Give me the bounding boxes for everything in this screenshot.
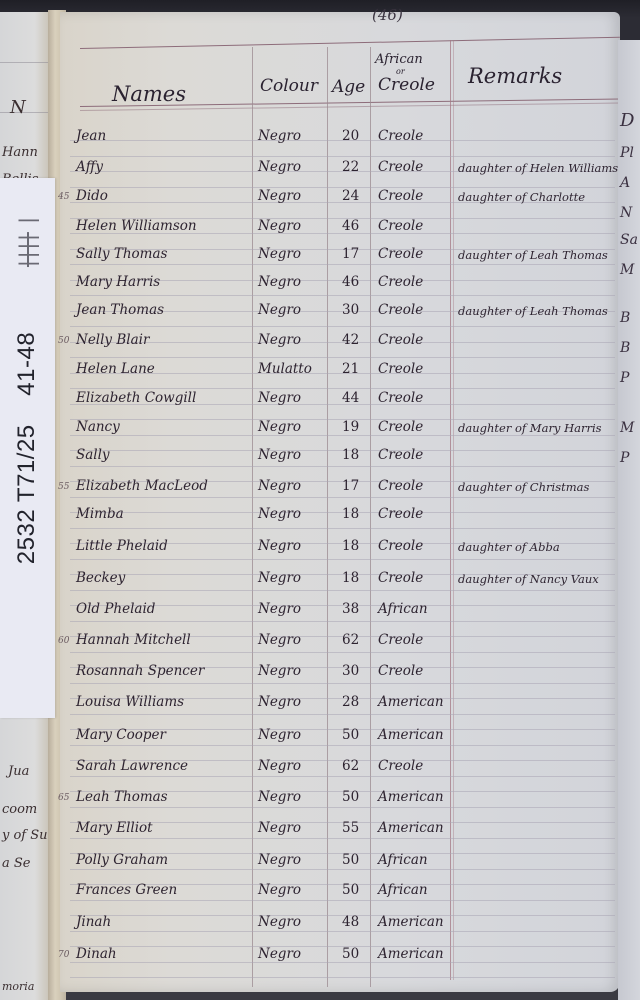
row-origin: African (378, 852, 428, 868)
header-names: Names (112, 82, 186, 106)
row-margin-number: 55 (58, 482, 69, 492)
row-remark: daughter of Abba (458, 540, 560, 554)
row-colour: Negro (258, 447, 301, 463)
row-name: Jean Thomas (76, 302, 164, 318)
row-colour: Negro (258, 246, 301, 262)
left-page-fragment: coom (2, 802, 37, 817)
row-origin: American (378, 789, 444, 805)
row-colour: Negro (258, 159, 301, 175)
table-row: Elizabeth Cowgill Negro 44 Creole (60, 384, 620, 415)
table-row: Jinah Negro 48 American (60, 908, 620, 939)
row-age: 18 (342, 506, 359, 522)
row-age: 30 (342, 663, 359, 679)
row-colour: Negro (258, 663, 301, 679)
table-row: Old Phelaid Negro 38 African (60, 595, 620, 626)
row-remark: daughter of Charlotte (458, 190, 585, 204)
table-row: Sally Negro 18 Creole (60, 441, 620, 472)
row-margin-number: 50 (58, 336, 69, 346)
right-page-fragment: M (620, 420, 634, 436)
row-age: 62 (342, 632, 359, 648)
header-age: Age (332, 77, 365, 97)
row-origin: Creole (378, 758, 423, 774)
row-remark: daughter of Leah Thomas (458, 248, 608, 262)
row-colour: Negro (258, 852, 301, 868)
row-colour: Negro (258, 188, 301, 204)
row-age: 21 (342, 361, 359, 377)
row-name: Sarah Lawrence (76, 758, 188, 774)
row-origin: American (378, 727, 444, 743)
table-row: 45 Dido Negro 24 Creole daughter of Char… (60, 182, 620, 213)
right-page-fragment: B (620, 310, 630, 326)
row-age: 62 (342, 758, 359, 774)
row-margin-number: 70 (58, 950, 69, 960)
row-age: 48 (342, 914, 359, 930)
page-number: (46) (372, 6, 403, 24)
table-row: 65 Leah Thomas Negro 50 American (60, 783, 620, 814)
right-page-fragment: M (620, 262, 634, 278)
row-colour: Negro (258, 727, 301, 743)
right-page-fragment: A (620, 175, 630, 191)
row-age: 44 (342, 390, 359, 406)
row-colour: Negro (258, 820, 301, 836)
row-age: 28 (342, 694, 359, 710)
row-name: Nelly Blair (76, 332, 149, 348)
table-row: Affy Negro 22 Creole daughter of Helen W… (60, 153, 620, 184)
table-row: Louisa Williams Negro 28 American (60, 688, 620, 719)
header-origin-african: African (375, 52, 423, 67)
row-name: Elizabeth Cowgill (76, 390, 196, 406)
row-origin: Creole (378, 188, 423, 204)
row-origin: Creole (378, 506, 423, 522)
row-age: 18 (342, 538, 359, 554)
row-remark: daughter of Helen Williamson (458, 161, 633, 175)
row-origin: African (378, 601, 428, 617)
table-row: Jean Thomas Negro 30 Creole daughter of … (60, 296, 620, 327)
row-age: 50 (342, 727, 359, 743)
row-colour: Negro (258, 419, 301, 435)
row-origin: Creole (378, 390, 423, 406)
row-name: Mary Cooper (76, 727, 166, 743)
row-name: Sally Thomas (76, 246, 167, 262)
table-row: Helen Williamson Negro 46 Creole (60, 212, 620, 243)
row-origin: Creole (378, 538, 423, 554)
row-name: Leah Thomas (76, 789, 168, 805)
row-colour: Negro (258, 601, 301, 617)
row-name: Louisa Williams (76, 694, 184, 710)
table-row: Sally Thomas Negro 17 Creole daughter of… (60, 240, 620, 271)
archive-reference-label: |||| | 2532 T71/25 41-48 (0, 178, 55, 718)
row-remark: daughter of Mary Harris (458, 421, 602, 435)
row-name: Mary Harris (76, 274, 160, 290)
row-name: Jean (76, 128, 106, 144)
table-row: Helen Lane Mulatto 21 Creole (60, 355, 620, 386)
row-name: Affy (76, 159, 103, 175)
header-origin-creole: Creole (378, 75, 435, 95)
table-row: Polly Graham Negro 50 African (60, 846, 620, 877)
row-age: 22 (342, 159, 359, 175)
row-origin: American (378, 694, 444, 710)
table-row: Mary Harris Negro 46 Creole (60, 268, 620, 299)
row-colour: Negro (258, 302, 301, 318)
archive-range: 41-48 (13, 332, 40, 396)
row-colour: Negro (258, 789, 301, 805)
row-origin: Creole (378, 570, 423, 586)
row-name: Dinah (76, 946, 117, 962)
left-page-fragment: a Se (2, 856, 30, 871)
archive-reference: 2532 T71/25 (13, 424, 40, 564)
row-age: 30 (342, 302, 359, 318)
left-page-fragment: Hann (2, 145, 38, 160)
right-facing-page: D Pl A N Sa M B B P M P (618, 40, 640, 1000)
table-row: Mimba Negro 18 Creole (60, 500, 620, 531)
row-origin: Creole (378, 361, 423, 377)
row-origin: American (378, 914, 444, 930)
row-age: 18 (342, 570, 359, 586)
row-name: Beckey (76, 570, 125, 586)
table-row: Nancy Negro 19 Creole daughter of Mary H… (60, 413, 620, 444)
row-colour: Negro (258, 478, 301, 494)
table-row: Jean Negro 20 Creole (60, 122, 620, 153)
row-margin-number: 45 (58, 192, 69, 202)
right-page-fragment: D (620, 110, 634, 131)
row-origin: Creole (378, 128, 423, 144)
row-name: Mimba (76, 506, 124, 522)
row-name: Rosannah Spencer (76, 663, 204, 679)
table-row: Mary Elliot Negro 55 American (60, 814, 620, 845)
document-photo: N Hann Bellis Jua coom y of Su a Se mori… (0, 0, 640, 1000)
header-remarks: Remarks (468, 64, 562, 88)
right-page-fragment: P (620, 370, 629, 386)
row-colour: Negro (258, 570, 301, 586)
row-colour: Negro (258, 506, 301, 522)
row-origin: African (378, 882, 428, 898)
row-colour: Negro (258, 332, 301, 348)
row-age: 24 (342, 188, 359, 204)
row-age: 19 (342, 419, 359, 435)
row-name: Mary Elliot (76, 820, 153, 836)
right-page-fragment: N (620, 205, 632, 221)
row-origin: American (378, 946, 444, 962)
table-row: 70 Dinah Negro 50 American (60, 940, 620, 971)
row-name: Hannah Mitchell (76, 632, 191, 648)
row-age: 50 (342, 852, 359, 868)
row-colour: Negro (258, 218, 301, 234)
row-age: 17 (342, 246, 359, 262)
row-age: 50 (342, 789, 359, 805)
row-age: 42 (342, 332, 359, 348)
row-age: 50 (342, 882, 359, 898)
row-origin: American (378, 820, 444, 836)
row-origin: Creole (378, 419, 423, 435)
left-page-fragment: Jua (8, 764, 29, 779)
ledger-page: (46) Names Colour Age African or Creole … (60, 12, 620, 992)
row-name: Little Phelaid (76, 538, 168, 554)
row-age: 38 (342, 601, 359, 617)
row-name: Old Phelaid (76, 601, 155, 617)
row-age: 46 (342, 218, 359, 234)
table-row: 50 Nelly Blair Negro 42 Creole (60, 326, 620, 357)
row-origin: Creole (378, 302, 423, 318)
row-name: Helen Lane (76, 361, 155, 377)
left-page-fragment: N (10, 97, 26, 118)
right-page-fragment: Sa (620, 232, 638, 248)
row-colour: Mulatto (258, 361, 312, 377)
row-colour: Negro (258, 882, 301, 898)
row-colour: Negro (258, 128, 301, 144)
row-name: Helen Williamson (76, 218, 197, 234)
left-page-fragment: moria (2, 980, 34, 993)
row-colour: Negro (258, 758, 301, 774)
right-page-fragment: P (620, 450, 629, 466)
row-name: Jinah (76, 914, 111, 930)
row-colour: Negro (258, 946, 301, 962)
row-name: Dido (76, 188, 108, 204)
right-page-fragment: Pl (620, 145, 634, 161)
row-origin: Creole (378, 632, 423, 648)
header-colour: Colour (260, 76, 318, 96)
row-age: 55 (342, 820, 359, 836)
row-age: 18 (342, 447, 359, 463)
row-age: 46 (342, 274, 359, 290)
row-remark: daughter of Nancy Vaux (458, 572, 599, 586)
row-age: 50 (342, 946, 359, 962)
row-colour: Negro (258, 694, 301, 710)
row-name: Nancy (76, 419, 120, 435)
row-name: Frances Green (76, 882, 177, 898)
right-page-fragment: B (620, 340, 630, 356)
ruled-line (70, 977, 615, 978)
row-origin: Creole (378, 159, 423, 175)
row-origin: Creole (378, 246, 423, 262)
row-origin: Creole (378, 478, 423, 494)
left-page-fragment: y of Su (2, 828, 48, 843)
row-age: 17 (342, 478, 359, 494)
row-colour: Negro (258, 274, 301, 290)
row-age: 20 (342, 128, 359, 144)
row-origin: Creole (378, 332, 423, 348)
row-colour: Negro (258, 390, 301, 406)
row-name: Elizabeth MacLeod (76, 478, 208, 494)
row-remark: daughter of Christmas (458, 480, 589, 494)
row-remark: daughter of Leah Thomas (458, 304, 608, 318)
table-row: Beckey Negro 18 Creole daughter of Nancy… (60, 564, 620, 595)
table-row: 60 Hannah Mitchell Negro 62 Creole (60, 626, 620, 657)
row-name: Polly Graham (76, 852, 168, 868)
row-colour: Negro (258, 914, 301, 930)
row-origin: Creole (378, 447, 423, 463)
row-name: Sally (76, 447, 110, 463)
table-row: 55 Elizabeth MacLeod Negro 17 Creole dau… (60, 472, 620, 503)
tally-marks: |||| | (15, 215, 39, 267)
row-origin: Creole (378, 663, 423, 679)
table-row: Frances Green Negro 50 African (60, 876, 620, 907)
table-row: Rosannah Spencer Negro 30 Creole (60, 657, 620, 688)
row-colour: Negro (258, 632, 301, 648)
table-row: Little Phelaid Negro 18 Creole daughter … (60, 532, 620, 563)
row-colour: Negro (258, 538, 301, 554)
row-origin: Creole (378, 274, 423, 290)
archive-reference-text: 2532 T71/25 41-48 (13, 332, 41, 564)
row-origin: Creole (378, 218, 423, 234)
row-margin-number: 65 (58, 793, 69, 803)
table-row: Mary Cooper Negro 50 American (60, 721, 620, 752)
row-margin-number: 60 (58, 636, 69, 646)
table-row: Sarah Lawrence Negro 62 Creole (60, 752, 620, 783)
